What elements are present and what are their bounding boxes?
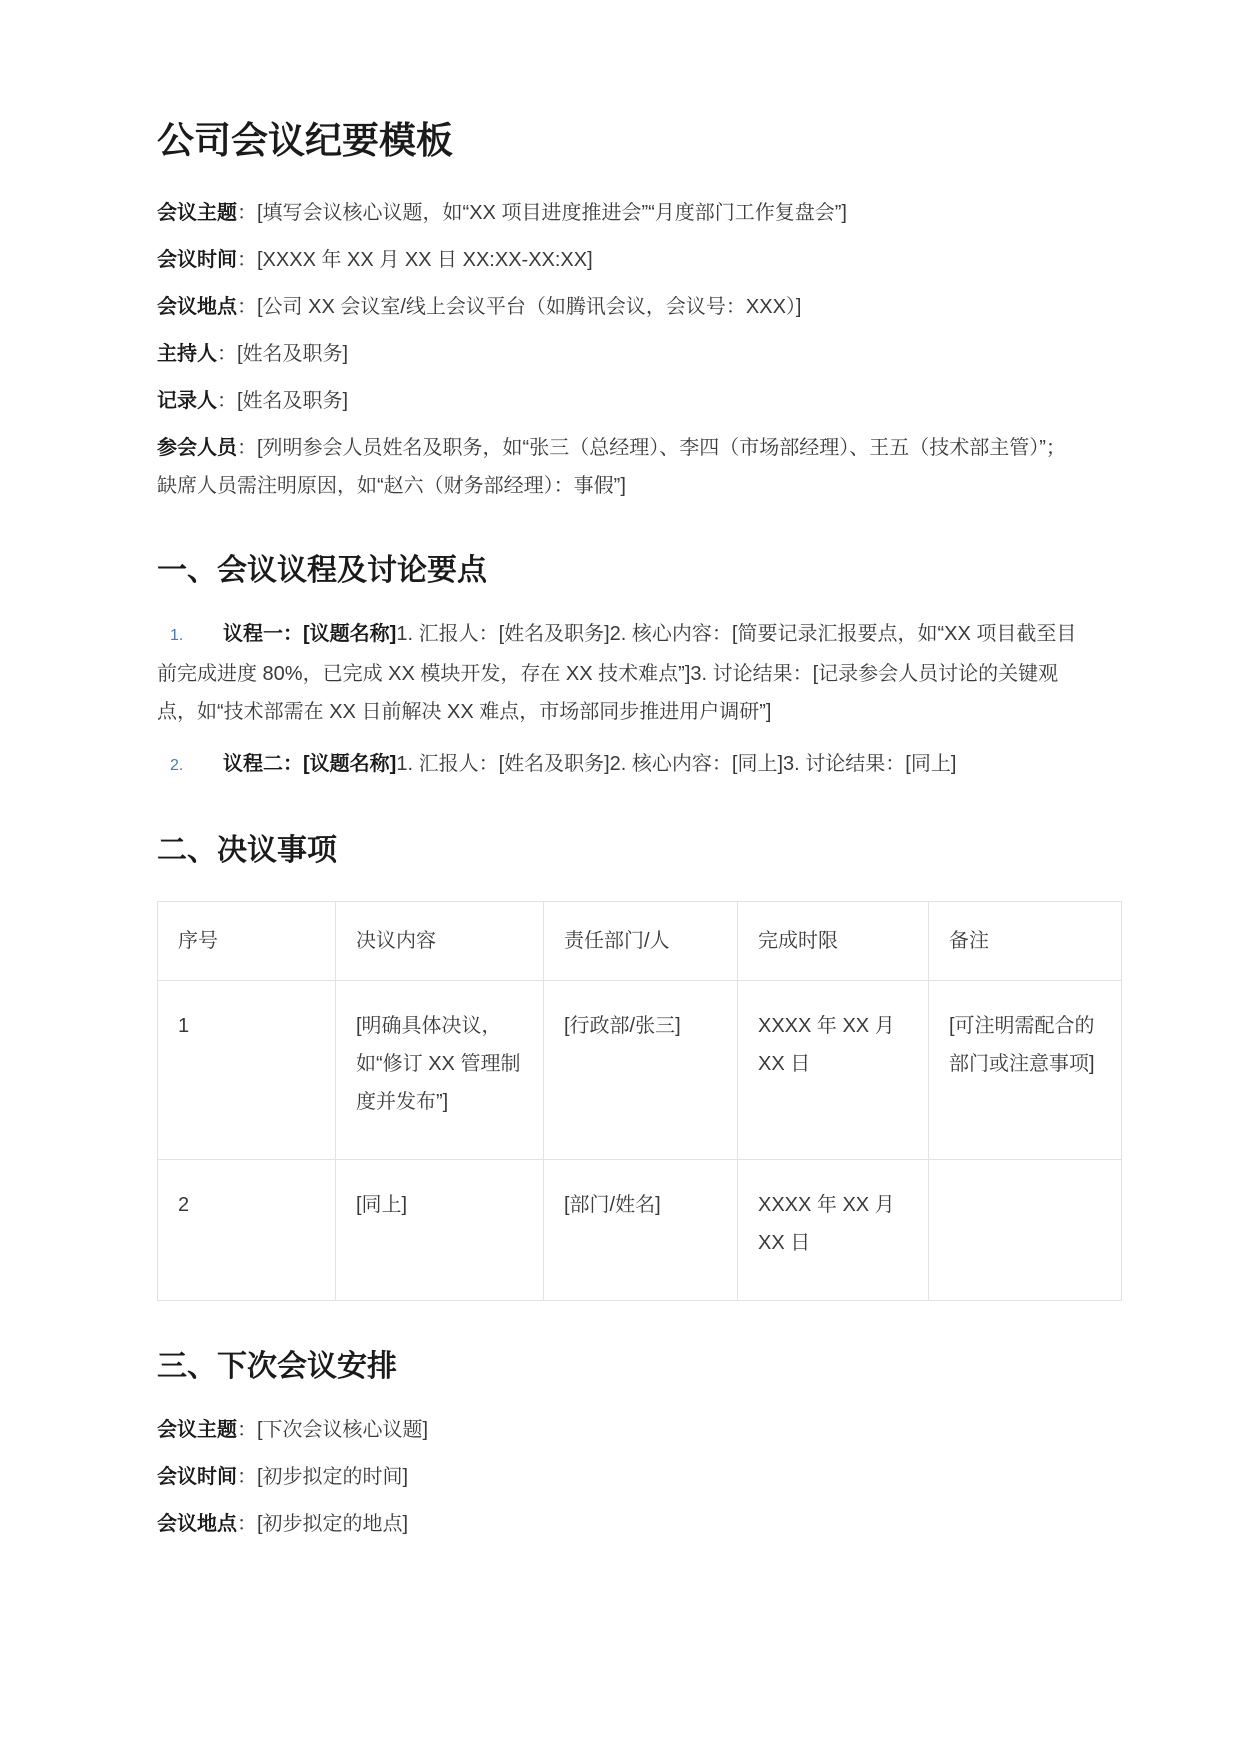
table-cell-resolution: [同上] xyxy=(336,1160,544,1301)
colon: ： xyxy=(237,296,257,318)
section-heading-resolutions: 二、决议事项 xyxy=(157,831,1084,871)
colon: ： xyxy=(237,1513,257,1535)
field-meeting-time: 会议时间：[XXXX 年 XX 月 XX 日 XX:XX-XX:XX] xyxy=(157,241,1084,279)
field-label: 参会人员 xyxy=(157,437,237,459)
agenda-item-lead: 议程一：[议题名称] xyxy=(223,623,396,645)
agenda-item-1: 1.议程一：[议题名称]1. 汇报人：[姓名及职务]2. 核心内容：[简要记录汇… xyxy=(157,615,1084,731)
field-meeting-location: 会议地点：[公司 XX 会议室/线上会议平台（如腾讯会议，会议号：XXX）] xyxy=(157,288,1084,326)
field-attendees: 参会人员：[列明参会人员姓名及职务，如“张三（总经理）、李四（市场部经理）、王五… xyxy=(157,429,1084,505)
table-cell-remark: [可注明需配合的部门或注意事项] xyxy=(929,981,1122,1160)
list-number: 1. xyxy=(157,617,223,655)
table-cell-deadline: XXXX 年 XX 月 XX 日 xyxy=(738,981,929,1160)
field-value: [初步拟定的时间] xyxy=(257,1466,408,1488)
colon: ： xyxy=(217,390,237,412)
section-heading-agenda: 一、会议议程及讨论要点 xyxy=(157,551,1084,591)
table-cell-department: [行政部/张三] xyxy=(544,981,738,1160)
table-cell-department: [部门/姓名] xyxy=(544,1160,738,1301)
field-label: 会议地点 xyxy=(157,1513,237,1535)
table-row: 2 [同上] [部门/姓名] XXXX 年 XX 月 XX 日 xyxy=(158,1160,1122,1301)
section-heading-next-meeting: 三、下次会议安排 xyxy=(157,1347,1084,1387)
field-value: [下次会议核心议题] xyxy=(257,1419,428,1441)
field-value: [姓名及职务] xyxy=(237,390,348,412)
field-label: 会议时间 xyxy=(157,249,237,271)
field-value: [初步拟定的地点] xyxy=(257,1513,408,1535)
colon: ： xyxy=(237,437,257,459)
list-number: 2. xyxy=(157,747,223,785)
field-value: [列明参会人员姓名及职务，如“张三（总经理）、李四（市场部经理）、王五（技术部主… xyxy=(157,437,1066,497)
header-cell-deadline: 完成时限 xyxy=(738,902,929,981)
table-cell-no: 2 xyxy=(158,1160,336,1301)
agenda-item-body: 1. 汇报人：[姓名及职务]2. 核心内容：[同上]3. 讨论结果：[同上] xyxy=(396,753,956,775)
table-cell-no: 1 xyxy=(158,981,336,1160)
colon: ： xyxy=(237,1466,257,1488)
field-value: [公司 XX 会议室/线上会议平台（如腾讯会议，会议号：XXX）] xyxy=(257,296,801,318)
field-label: 记录人 xyxy=(157,390,217,412)
table-cell-deadline: XXXX 年 XX 月 XX 日 xyxy=(738,1160,929,1301)
header-cell-department: 责任部门/人 xyxy=(544,902,738,981)
agenda-item-2: 2.议程二：[议题名称]1. 汇报人：[姓名及职务]2. 核心内容：[同上]3.… xyxy=(157,745,1084,785)
field-label: 会议地点 xyxy=(157,296,237,318)
table-cell-resolution: [明确具体决议，如“修订 XX 管理制度并发布”] xyxy=(336,981,544,1160)
field-host: 主持人：[姓名及职务] xyxy=(157,335,1084,373)
field-label: 会议主题 xyxy=(157,202,237,224)
agenda-item-lead: 议程二：[议题名称] xyxy=(223,753,396,775)
header-cell-remark: 备注 xyxy=(929,902,1122,981)
colon: ： xyxy=(237,249,257,271)
document-page: 公司会议纪要模板 会议主题：[填写会议核心议题，如“XX 项目进度推进会”“月度… xyxy=(157,118,1084,1543)
page-title: 公司会议纪要模板 xyxy=(157,118,1084,164)
field-next-topic: 会议主题：[下次会议核心议题] xyxy=(157,1411,1084,1449)
field-label: 会议主题 xyxy=(157,1419,237,1441)
header-cell-resolution: 决议内容 xyxy=(336,902,544,981)
field-recorder: 记录人：[姓名及职务] xyxy=(157,382,1084,420)
resolutions-table: 序号 决议内容 责任部门/人 完成时限 备注 1 [明确具体决议，如“修订 XX… xyxy=(157,901,1122,1301)
header-cell-no: 序号 xyxy=(158,902,336,981)
field-next-location: 会议地点：[初步拟定的地点] xyxy=(157,1505,1084,1543)
colon: ： xyxy=(217,343,237,365)
field-label: 主持人 xyxy=(157,343,217,365)
field-value: [XXXX 年 XX 月 XX 日 XX:XX-XX:XX] xyxy=(257,249,593,271)
table-row: 1 [明确具体决议，如“修订 XX 管理制度并发布”] [行政部/张三] XXX… xyxy=(158,981,1122,1160)
table-header-row: 序号 决议内容 责任部门/人 完成时限 备注 xyxy=(158,902,1122,981)
field-label: 会议时间 xyxy=(157,1466,237,1488)
colon: ： xyxy=(237,202,257,224)
colon: ： xyxy=(237,1419,257,1441)
table-cell-remark xyxy=(929,1160,1122,1301)
field-value: [姓名及职务] xyxy=(237,343,348,365)
field-meeting-topic: 会议主题：[填写会议核心议题，如“XX 项目进度推进会”“月度部门工作复盘会”] xyxy=(157,194,1084,232)
field-value: [填写会议核心议题，如“XX 项目进度推进会”“月度部门工作复盘会”] xyxy=(257,202,847,224)
field-next-time: 会议时间：[初步拟定的时间] xyxy=(157,1458,1084,1496)
